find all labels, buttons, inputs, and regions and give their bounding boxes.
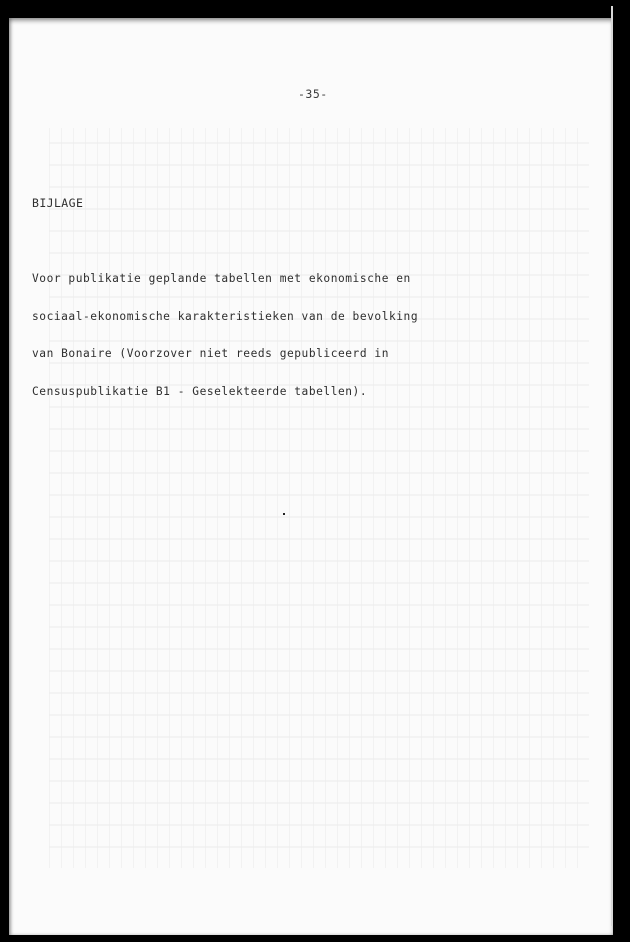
body-line: sociaal-ekonomische karakteristieken van… <box>32 311 418 324</box>
scan-speck <box>283 513 285 515</box>
appendix-heading: BIJLAGE <box>32 196 83 210</box>
body-line: Censuspublikatie B1 - Geselekteerde tabe… <box>32 386 418 399</box>
body-line: Voor publikatie geplande tabellen met ek… <box>32 273 418 286</box>
bleed-through-texture <box>49 128 589 868</box>
page-edge <box>611 6 613 926</box>
document-page <box>9 18 613 935</box>
body-paragraph: Voor publikatie geplande tabellen met ek… <box>32 248 418 411</box>
body-line: van Bonaire (Voorzover niet reeds gepubl… <box>32 348 418 361</box>
page-number: -35- <box>298 87 328 101</box>
